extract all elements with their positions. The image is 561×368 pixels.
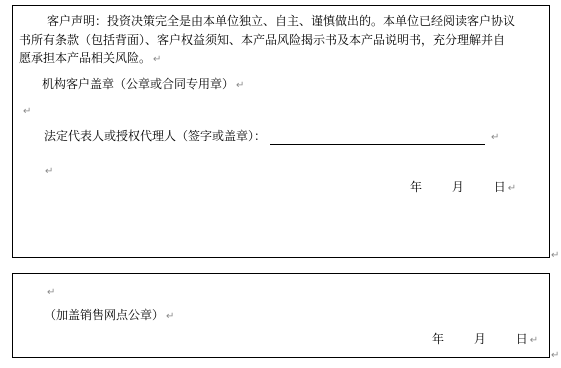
signature-label: 法定代表人或授权代理人（签字或盖章）： [44,129,266,143]
statement-line-3: 愿承担本产品相关风险。↵ [19,51,161,67]
date-day-label: 日 [494,180,506,194]
paragraph-mark-icon: ↵ [491,132,499,143]
statement-text-2: 书所有条款（包括背面）、客户权益须知、本产品风险揭示书及本产品说明书，充分理解并… [19,33,505,47]
branch-seal-label: （加盖销售网点公章） [44,308,164,322]
date-year-label: 年 [432,332,444,346]
paragraph-mark-icon: ↵ [47,287,55,298]
empty-paragraph: ↵ [43,163,53,179]
institution-seal-line: 机构客户盖章（公章或合同专用章）↵ [42,77,244,93]
branch-date: 年 月 日↵ [432,332,538,348]
date-day-label: 日 [516,332,528,346]
date-month-label: 月 [452,180,464,194]
date-year-label: 年 [410,180,422,194]
statement-line-2: 书所有条款（包括背面）、客户权益须知、本产品风险揭示书及本产品说明书，充分理解并… [19,33,505,47]
paragraph-mark-icon: ↵ [236,80,244,91]
empty-paragraph: ↵ [21,103,31,119]
statement-text-3: 愿承担本产品相关风险。 [19,51,151,65]
customer-declaration-box: 客户声明：投资决策完全是由本单位独立、自主、谨慎做出的。本单位已经阅读客户协议 … [12,5,550,258]
paragraph-mark-icon: ↵ [530,334,538,348]
paragraph-mark-icon: ↵ [551,350,559,361]
statement-text-1: 客户声明：投资决策完全是由本单位独立、自主、谨慎做出的。本单位已经阅读客户协议 [47,14,515,28]
branch-seal-line: （加盖销售网点公章）↵ [44,308,174,324]
empty-paragraph: ↵ [45,284,55,300]
signature-field[interactable] [270,132,485,145]
paragraph-mark-icon: ↵ [551,250,559,261]
declaration-date: 年 月 日↵ [410,180,516,196]
date-month-label: 月 [474,332,486,346]
paragraph-mark-icon: ↵ [166,311,174,322]
institution-seal-label: 机构客户盖章（公章或合同专用章） [42,77,234,91]
paragraph-mark-icon: ↵ [153,54,161,65]
branch-seal-box: ↵ （加盖销售网点公章）↵ 年 月 日↵ [12,273,550,358]
paragraph-mark-icon: ↵ [508,182,516,196]
paragraph-mark-icon: ↵ [45,166,53,177]
paragraph-mark-icon: ↵ [23,106,31,117]
signature-line: 法定代表人或授权代理人（签字或盖章）：↵ [44,129,499,145]
statement-line-1: 客户声明：投资决策完全是由本单位独立、自主、谨慎做出的。本单位已经阅读客户协议 [47,14,515,28]
